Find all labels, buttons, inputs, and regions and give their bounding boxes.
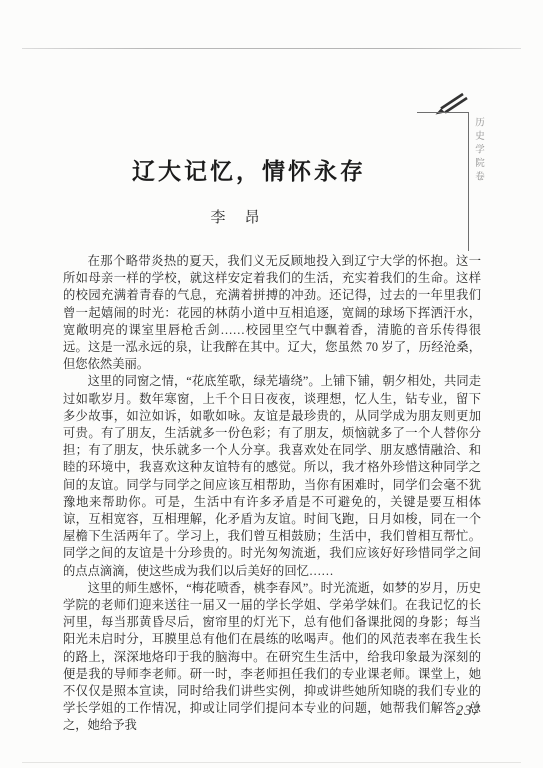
paragraph: 这里的师生感怀，“梅花喷香，桃李春风”。时光流逝，如梦的岁月，历史学院的老师们迎… — [63, 580, 481, 735]
top-divider — [22, 48, 521, 49]
bottom-divider — [22, 762, 521, 763]
book-page: 历史学院卷 辽大记忆，情怀永存 李 昂 在那个略带炎热的夏天，我们义无反顾地投入… — [0, 0, 543, 768]
article-author: 李 昂 — [40, 206, 480, 227]
article-body: 在那个略带炎热的夏天，我们义无反顾地投入到辽宁大学的怀抱。这一所如母亲一样的学校… — [63, 253, 481, 735]
article-title: 辽大记忆，情怀永存 — [40, 153, 480, 186]
paragraph: 这里的同窗之情，“花底笙歌，绿芜墙绕”。上铺下铺，朝夕相处，共同走过如歌岁月。数… — [63, 373, 481, 579]
paragraph: 在那个略带炎热的夏天，我们义无反顾地投入到辽宁大学的怀抱。这一所如母亲一样的学校… — [63, 253, 481, 373]
pencil-icon — [429, 87, 471, 115]
decoration-horizontal-line — [417, 112, 469, 113]
page-number: 237 — [456, 703, 481, 720]
